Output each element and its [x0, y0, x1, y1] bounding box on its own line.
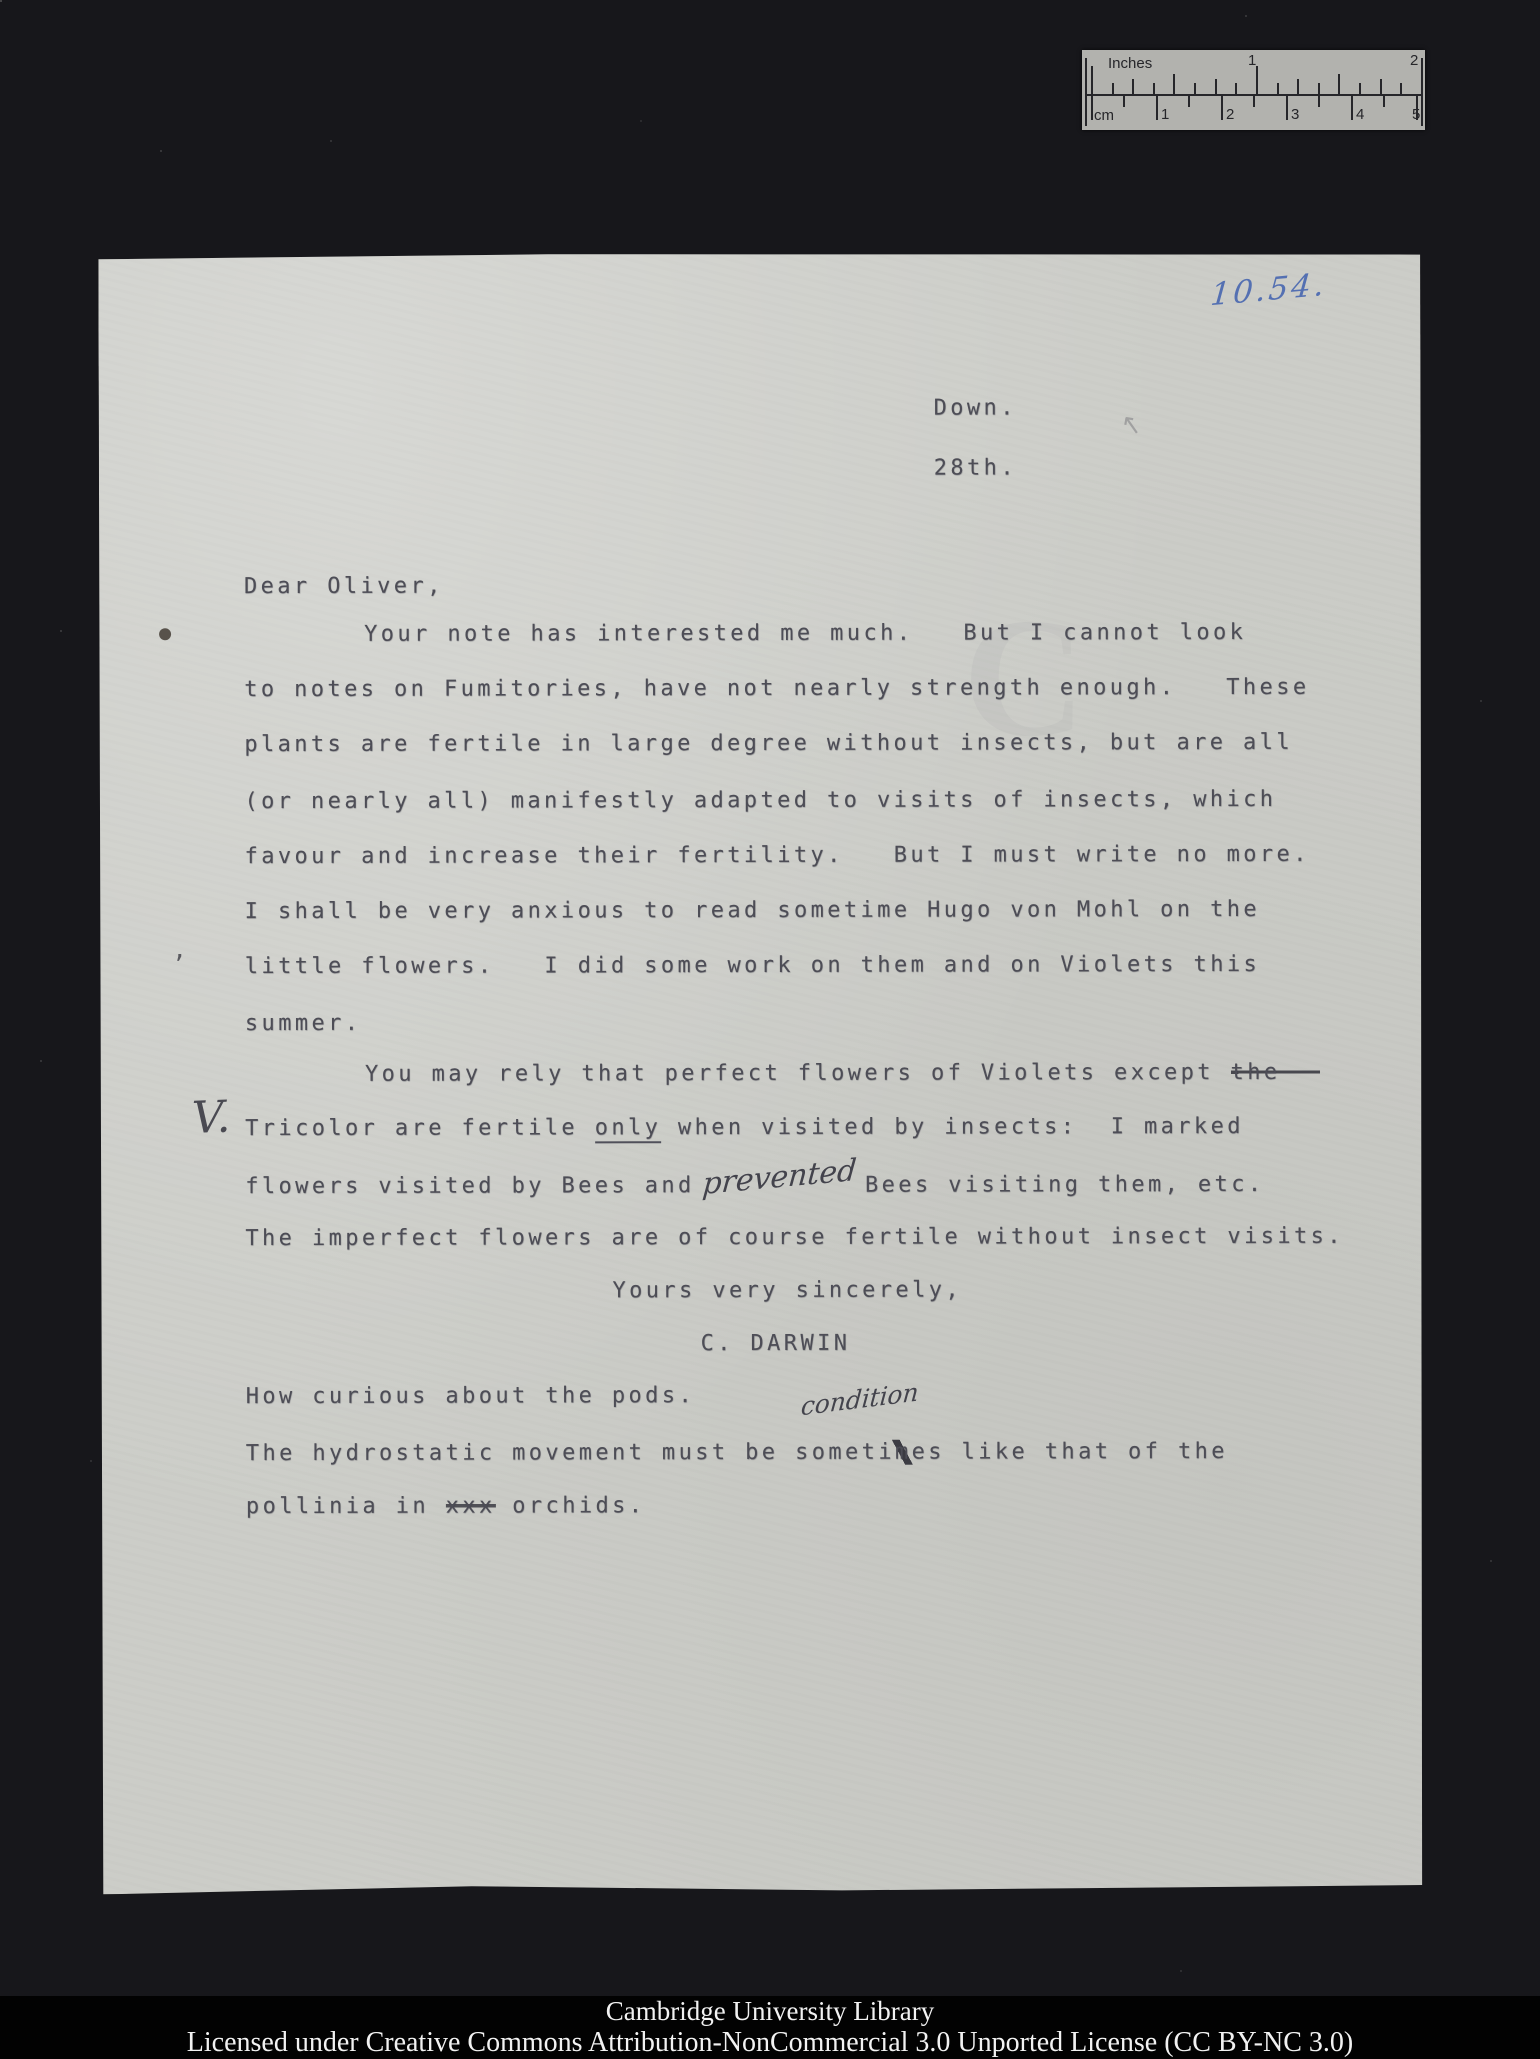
measurement-ruler: Inches 1 2 cm 1 2 3 4 5	[1082, 50, 1425, 130]
body-text: Bees visiting them, etc.	[865, 1172, 1265, 1198]
body-line: flowers visited by Bees andpreventedBees…	[245, 1169, 1264, 1200]
postscript-line: The hydrostatic movement must be sometim…	[246, 1439, 1228, 1467]
body-line: Tricolor are fertile only when visited b…	[245, 1114, 1244, 1142]
ruler-cm-1: 1	[1161, 107, 1169, 122]
ruler-cm-2: 2	[1226, 107, 1234, 122]
margin-v-mark: V.	[191, 1091, 231, 1143]
ruler-inch-1: 1	[1248, 53, 1256, 68]
ruler-unit-cm: cm	[1094, 108, 1114, 123]
handwritten-word-condition: condition	[800, 1377, 920, 1421]
body-line: favour and increase their fertility. But…	[245, 842, 1310, 870]
pencil-arrow-mark: ↖	[1118, 409, 1145, 442]
body-text: flowers visited by Bees and	[245, 1173, 694, 1199]
postscript-line: pollinia in xxx orchids.	[246, 1493, 646, 1520]
body-line: to notes on Fumitories, have not nearly …	[244, 675, 1309, 703]
body-line: You may rely that perfect flowers of Vio…	[365, 1060, 1321, 1088]
dust-specks	[0, 0, 2, 2]
ruler-cm-4: 4	[1356, 107, 1364, 122]
body-line: Your note has interested me much. But I …	[364, 620, 1246, 648]
ruler-unit-inches: Inches	[1108, 56, 1152, 71]
body-text: You may rely that perfect flowers of Vio…	[365, 1060, 1231, 1087]
signature: C. DARWIN	[701, 1331, 851, 1357]
letter-place: Down.	[934, 395, 1017, 421]
letter-page: C 10.54. ↖ Down. 28th. Dear Oliver, Your…	[98, 252, 1423, 1895]
attribution-footer: Cambridge University Library Licensed un…	[0, 1996, 1540, 2059]
body-line: summer.	[245, 1011, 362, 1037]
struck-word-xxx: xxx	[446, 1494, 496, 1519]
license-text: Licensed under Creative Commons Attribut…	[187, 2027, 1353, 2058]
body-text: Tricolor are fertile	[245, 1115, 595, 1141]
body-line: plants are fertile in large degree witho…	[244, 730, 1293, 758]
catalog-number-annotation: 10.54.	[1209, 267, 1328, 314]
salutation: Dear Oliver,	[244, 574, 444, 600]
postscript-line: How curious about the pods.	[246, 1383, 695, 1410]
body-line: I shall be very anxious to read sometime…	[245, 897, 1260, 925]
body-line: (or nearly all) manifestly adapted to vi…	[244, 787, 1276, 815]
ruler-cm-3: 3	[1291, 107, 1299, 122]
body-text: The hydrostatic movement must be some	[246, 1440, 862, 1466]
slashed-word-times: times	[862, 1440, 945, 1465]
body-text: pollinia in	[246, 1494, 446, 1519]
underlined-word-only: only	[595, 1115, 662, 1143]
ruler-cm-5: 5	[1412, 107, 1420, 122]
handwritten-insertion-prevented: prevented	[702, 1158, 858, 1198]
photograph-background: Inches 1 2 cm 1 2 3 4 5 C 10.54. ↖ Down.…	[0, 0, 1540, 2059]
body-line: The imperfect flowers are of course fert…	[245, 1224, 1344, 1252]
body-text: like that of the	[945, 1439, 1228, 1465]
ink-spot	[159, 628, 171, 640]
body-line: little flowers. I did some work on them …	[245, 952, 1260, 980]
closing: Yours very sincerely,	[612, 1278, 962, 1305]
letter-date: 28th.	[934, 455, 1017, 481]
struck-word-the: the	[1231, 1060, 1321, 1085]
library-name: Cambridge University Library	[606, 1996, 934, 2027]
body-text: orchids.	[496, 1493, 646, 1518]
body-text: when visited by insects: I marked	[661, 1114, 1244, 1140]
ruler-inch-2: 2	[1410, 53, 1418, 68]
stray-mark: ’	[172, 950, 187, 978]
